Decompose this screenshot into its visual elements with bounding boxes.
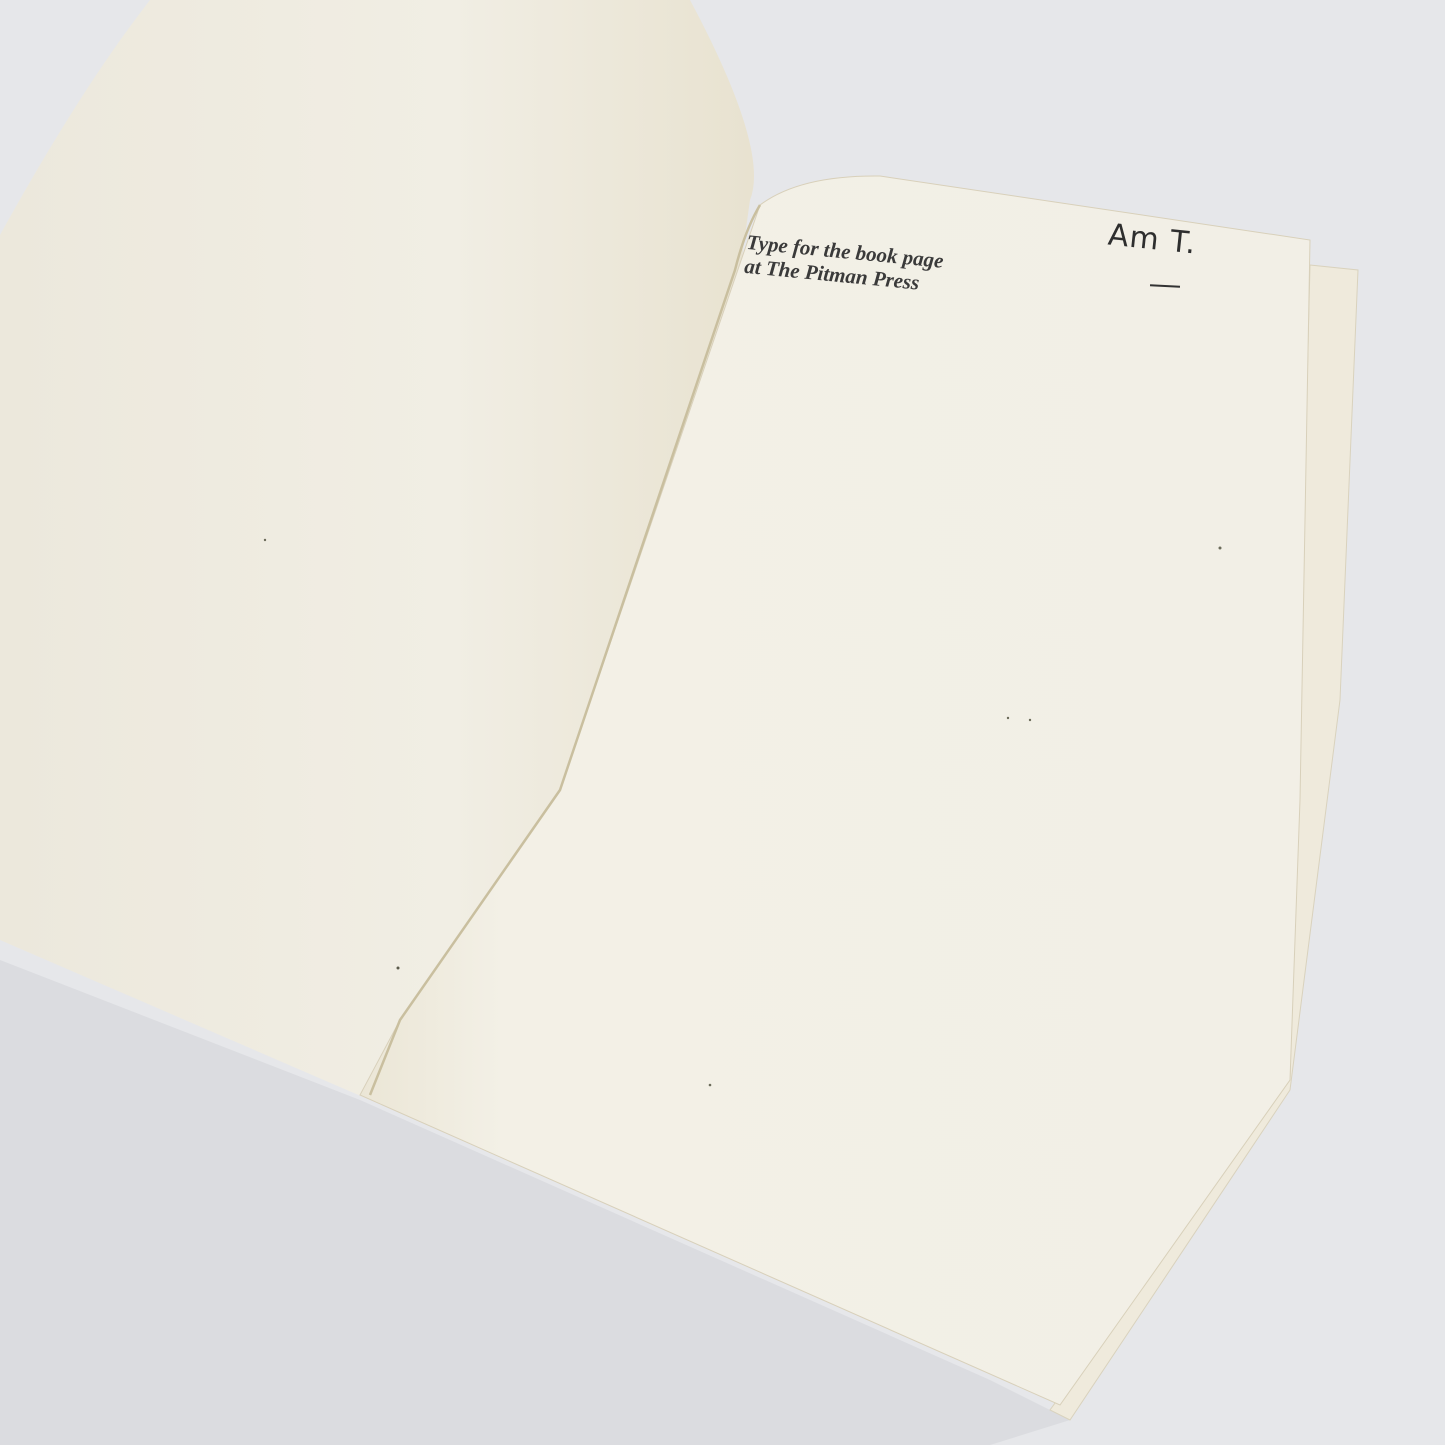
book-photo [0, 0, 1445, 1445]
